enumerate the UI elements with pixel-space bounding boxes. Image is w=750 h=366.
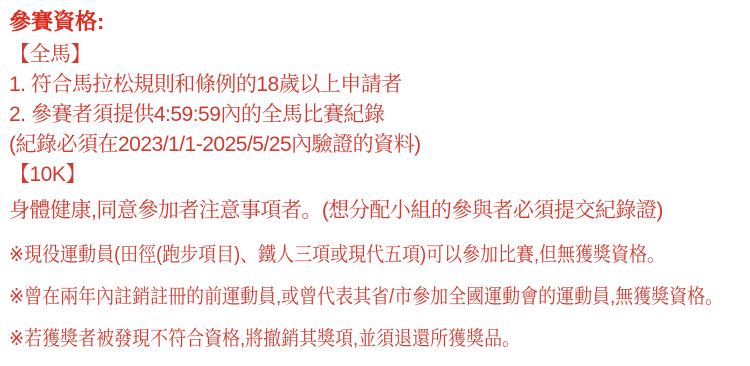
full-marathon-rule-1: 1. 符合馬拉松規則和條例的18歲以上申請者 [9,74,750,96]
note-disqualification: ※若獲獎者被發現不符合資格,將撤銷其獎項,並須退還所獲獎品。 [9,328,750,350]
ten-k-section-header: 【10K】 [9,164,750,186]
ten-k-rule: 身體健康,同意參加者注意事項者。(想分配小組的參與者必須提交紀錄證) [9,200,750,222]
note-active-athletes: ※現役運動員(田徑(跑步項目)、鐵人三項或現代五項)可以參加比賽,但無獲獎資格。 [9,244,750,266]
full-marathon-rule-2: 2. 參賽者須提供4:59:59內的全馬比賽紀錄 [9,104,750,126]
full-marathon-section-header: 【全馬】 [9,44,750,66]
eligibility-document: 參賽資格: 【全馬】 1. 符合馬拉松規則和條例的18歲以上申請者 2. 參賽者… [0,0,750,366]
full-marathon-record-window-note: (紀錄必須在2023/1/1-2025/5/25內驗證的資料) [9,134,750,156]
page-title: 參賽資格: [9,10,750,34]
note-former-athletes: ※曾在兩年內註銷註冊的前運動員,或曾代表其省/市參加全國運動會的運動員,無獲獎資… [9,286,750,308]
